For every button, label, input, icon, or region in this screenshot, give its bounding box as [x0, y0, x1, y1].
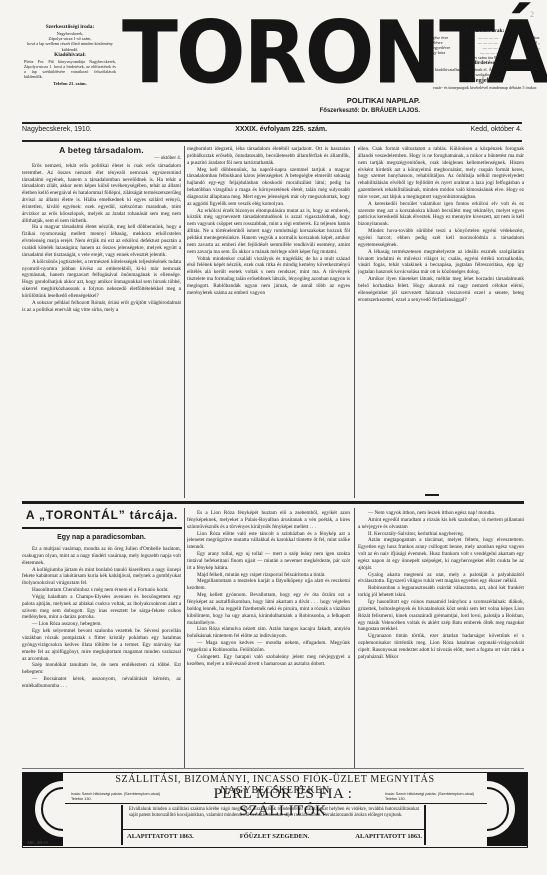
subscription-box: Előfizetési árak: Egész évre— — — —24 ko…: [430, 28, 540, 90]
editorial-office-heading: Szerkesztőségi iroda:: [24, 24, 116, 31]
paragraph: A kollégiumba jártam és mint bonlabó tan…: [22, 567, 181, 588]
feuilleton-col-2: És a Lion Róza fényképét huztam elő a zs…: [187, 510, 350, 768]
paragraph: — Bocsánatot kérek, asszonyom, névaláirá…: [22, 676, 181, 690]
section-divider: [22, 501, 524, 504]
paragraph: Lion Róza elámulva nézett rám. Aztán han…: [187, 626, 350, 640]
phone: Telefon 21. szám.: [24, 80, 116, 87]
divider: [22, 768, 524, 769]
editorial-office-box: Szerkesztőségi iroda: Nagybecskerek, Záp…: [24, 24, 116, 87]
column-rule: [354, 146, 355, 498]
paragraph: Meg kell döbbennünk, ha napról-napra sze…: [187, 167, 350, 208]
story-title: Egy nap a paradicsomban.: [22, 533, 181, 543]
editor-in-chief: Főszerkesztő: Dr. BRÁUER LAJOS.: [200, 108, 420, 114]
ad-body-box: Elvállalunk minden a szállitási szakma k…: [121, 805, 426, 845]
paragraph: — Lion Róza asszony, hebegtem.: [22, 621, 181, 628]
archive-code: ARC. 003-19: [27, 841, 47, 845]
paragraph: ellen. Csak formát változtatott a rablás…: [358, 146, 524, 201]
lead-article-col-1: A beteg társadalom. — október 4. Erős ne…: [22, 145, 181, 500]
publisher-heading: Kiadóhivatal:: [24, 52, 116, 59]
paragraph: Az erkölcsi érzék bizonyos eltompulására…: [187, 208, 350, 256]
paragraph: megbomlott idegzetü, léha társadalom éle…: [187, 146, 350, 167]
feuilleton-col-1: Egy nap a paradicsomban. Ez a multjani v…: [22, 531, 181, 769]
paragraph: Ugyanazon tintán törtük, ezer ártatlan b…: [358, 633, 524, 660]
paragraph: Robinsonban a legparasztosabb csárdát vá…: [358, 585, 524, 599]
paragraph: — Nem vagyok itthon, nem leszek itthon e…: [358, 510, 524, 517]
ad-office-right: Iroda: Szech hitközségi palota. (Szerbte…: [385, 792, 485, 801]
date-place: Nagybecskerek, 1910.: [22, 126, 92, 133]
volume-issue: XXXIX. évfolyam 225. szám.: [235, 126, 327, 133]
newspaper-title: TORONTÁL: [122, 12, 422, 96]
newspaper-page: 2 Szerkesztőségi iroda: Nagybecskerek, Z…: [0, 0, 547, 875]
publisher-text: Pleitz Fer. Pál könyvnyomdája Nagybecske…: [24, 59, 116, 80]
paragraph: Amikor ilyen tüneteket látunk, méltán me…: [358, 276, 524, 303]
paragraph: Így hasonlitott egy csinos masamód leány…: [358, 599, 524, 633]
paragraph: Végig haladtam a Champs-Elysées avenuen …: [22, 594, 181, 621]
ad-footer: ALAPITTATOTT 1863. FŐÜZLET SZEGEDEN. ALA…: [123, 829, 426, 840]
paragraph: Voltak mindenkor családi viszályok és tr…: [187, 256, 350, 297]
paragraph: A sokszor például felhozott Rómát, óriás…: [22, 300, 181, 314]
dateline: Nagybecskerek, 1910. XXXIX. évfolyam 225…: [22, 126, 522, 133]
editorial-note: hová a lap szellemi részét illető minden…: [24, 41, 116, 51]
appears-heading: Megjelenik: [430, 77, 540, 85]
paragraph: Egy kék selyemmel bevont szalonba vezett…: [22, 628, 181, 662]
paragraph: Gyalog akarta megtenni az utat, mely a p…: [358, 572, 524, 586]
lead-article-col-3: ellen. Csak formát változtatott a rablás…: [358, 146, 524, 490]
paragraph: Aztán megtapogattam a tárcámat, melyet f…: [358, 537, 524, 571]
ad-office-left: Iroda: Szech hitközségi palota. (Szerbte…: [71, 792, 171, 801]
main-office: FŐÜZLET SZEGEDEN.: [240, 833, 310, 840]
paragraph: Erős nemzeti, tehát erős politikai élete…: [22, 163, 181, 225]
ad-body: Elvállalunk minden a szállitási szakma k…: [129, 807, 419, 819]
paragraph: Meg kellett gyónnom. Bevallottam, hogy e…: [187, 592, 350, 626]
article-dateref: — október 4.: [22, 156, 181, 163]
lead-article-title: A beteg társadalom.: [22, 145, 181, 156]
swirl-ornament-icon: [487, 773, 527, 846]
column-rule: [184, 146, 185, 498]
paragraph: Megpillantottam a meztelen karját a fáty…: [187, 578, 350, 592]
feuilleton-col-3: — Nem vagyok itthon, nem leszek itthon e…: [358, 510, 524, 768]
feuilleton-heading: A „TORONTÁL” tárcája.: [22, 508, 182, 522]
paragraph: Ha a magyar társadalmi életet nézzük, me…: [22, 224, 181, 258]
divider: [22, 140, 522, 142]
paragraph: A kölcsönös jogtisztelet, a természeti k…: [22, 259, 181, 300]
advertisement: SZÁLLITÁSI, BIZOMÁNYI, INCASSO FIÓK-ÜZLE…: [22, 772, 528, 848]
paragraph: Szép mondókát tanultam be, de nem emléke…: [22, 662, 181, 676]
founded-right: ALAPITTATOTT 1863.: [355, 833, 422, 840]
divider: [65, 803, 487, 804]
divider: [22, 122, 522, 124]
paragraph: A kereskedői becsület valamikor igen fon…: [358, 201, 524, 228]
swirl-ornament-icon: [23, 773, 63, 846]
newspaper-subtitle: POLITIKAI NAPILAP.: [200, 96, 420, 105]
lead-article-col-2: megbomlott idegzetü, léha társadalom éle…: [187, 146, 350, 500]
paragraph: Hasonlitottam Cherubinhoz s még nem érne…: [22, 587, 181, 594]
paragraph: És a Lion Róza fényképét huztam elő a zs…: [187, 510, 350, 531]
divider: [22, 527, 182, 529]
subscription-heading: Előfizetési árak:: [430, 28, 540, 35]
ads-text: a kiadóhivatalban fogadtatnak el. Árszab…: [430, 67, 540, 77]
ads-heading: Hirdetések: [430, 60, 540, 67]
founded-left: ALAPITTATOTT 1863.: [127, 833, 194, 840]
paragraph: Lion Róza előtte való este táncolt a szí…: [187, 531, 350, 552]
paragraph: A léhaság természetesen megmételyezte az…: [358, 249, 524, 276]
paragraph: Egy arany tollal, egy uj tollal — mert a…: [187, 551, 350, 572]
paragraph: Mindez hova-tovább sürübbé teszi a könyö…: [358, 228, 524, 249]
paragraph: — Maga nagyon kedves — mondta nekem, elf…: [187, 640, 350, 654]
paragraph: Csöngetett. Egy harapni való szobaleány …: [187, 654, 350, 668]
appears-text: vasár- és ünnepnapok kivételével mindenn…: [430, 85, 540, 90]
paragraph: Ez a multjani vasárnap, mondta az én öre…: [22, 546, 181, 567]
column-rule: [354, 508, 355, 768]
column-rule: [184, 508, 185, 768]
end-mark: [425, 494, 439, 496]
paragraph: Amint egyedül maradtam a rózsás kis kék …: [358, 517, 524, 531]
weekday-date: Kedd, október 4.: [471, 126, 522, 133]
